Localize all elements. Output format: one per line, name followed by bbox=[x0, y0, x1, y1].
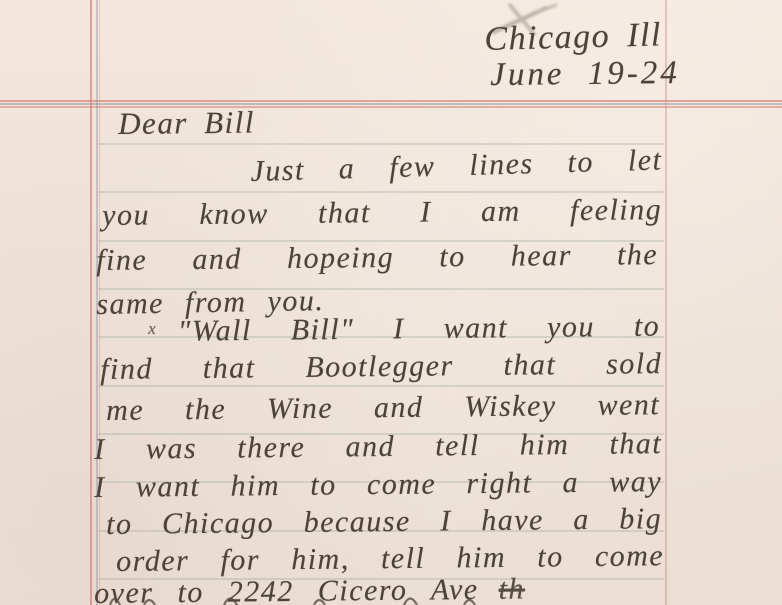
body-line: I want him to come right a way bbox=[94, 464, 662, 506]
body-line: to Chicago because I have a big bbox=[106, 501, 662, 543]
paragraph-mark: x bbox=[148, 319, 156, 338]
body-line: find that Bootlegger that sold bbox=[100, 346, 662, 388]
letter-page: Chicago Ill June 19-24 Dear Bill Just a … bbox=[0, 0, 782, 605]
body-line: Just a few lines to let bbox=[250, 142, 663, 189]
letter-place: Chicago Ill bbox=[484, 17, 662, 58]
body-line: x"Wall Bill" I want you to bbox=[148, 306, 660, 350]
body-line: me the Wine and Wiskey went bbox=[106, 387, 660, 429]
salutation: Dear Bill bbox=[118, 105, 255, 142]
letter-date: June 19-24 bbox=[490, 55, 680, 93]
body-line-text: "Wall Bill" I want you to bbox=[178, 310, 661, 348]
body-line: I was there and tell him that bbox=[94, 426, 662, 468]
body-line: you know that I am feeling bbox=[102, 192, 662, 234]
partial-next-line-ink bbox=[104, 597, 584, 605]
body-line: fine and hopeing to hear the bbox=[96, 237, 658, 279]
left-margin-rule-pink bbox=[90, 0, 92, 605]
